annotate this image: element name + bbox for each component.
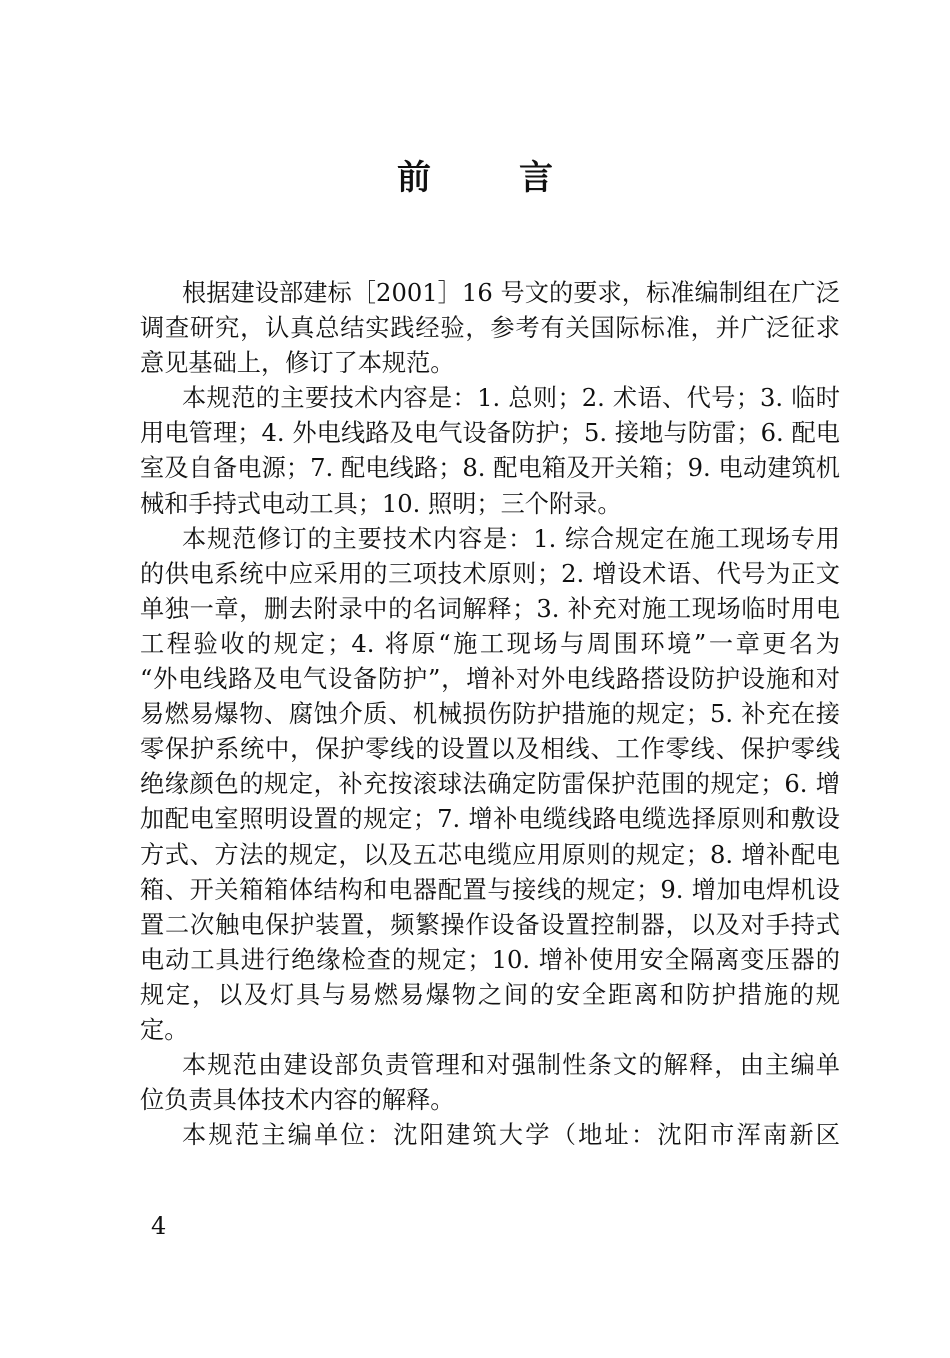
text-line: 械和手持式电动工具；10. 照明；三个附录。	[140, 487, 840, 522]
paragraph-chief-editor: 本规范主编单位：沈阳建筑大学（地址：沈阳市浑南新区	[140, 1118, 840, 1153]
text-line: 室及自备电源；7. 配电线路；8. 配电箱及开关箱；9. 电动建筑机	[140, 451, 840, 486]
text-line: 本规范的主要技术内容是：1. 总则；2. 术语、代号；3. 临时	[140, 381, 840, 416]
page-title: 前言	[0, 150, 950, 199]
text-line: 本规范由建设部负责管理和对强制性条文的解释，由主编单	[140, 1048, 840, 1083]
title-char-2: 言	[519, 150, 553, 199]
text-line: 根据建设部建标［2001］16 号文的要求，标准编制组在广泛	[140, 276, 840, 311]
paragraph-revision-content: 本规范修订的主要技术内容是：1. 综合规定在施工现场专用 的供电系统中应采用的三…	[140, 522, 840, 1048]
body-text: 根据建设部建标［2001］16 号文的要求，标准编制组在广泛 调查研究，认真总结…	[140, 276, 840, 1153]
text-line: 工程验收的规定；4. 将原“施工现场与周围环境”一章更名为	[140, 627, 840, 662]
text-line: 位负责具体技术内容的解释。	[140, 1083, 840, 1118]
text-line: 箱、开关箱箱体结构和电器配置与接线的规定；9. 增加电焊机设	[140, 873, 840, 908]
text-line: 绝缘颜色的规定，补充按滚球法确定防雷保护范围的规定；6. 增	[140, 767, 840, 802]
paragraph-main-content: 本规范的主要技术内容是：1. 总则；2. 术语、代号；3. 临时 用电管理；4.…	[140, 381, 840, 521]
text-line: “外电线路及电气设备防护”，增补对外电线路搭设防护设施和对	[140, 662, 840, 697]
text-line: 加配电室照明设置的规定；7. 增补电缆线路电缆选择原则和敷设	[140, 802, 840, 837]
text-line: 方式、方法的规定，以及五芯电缆应用原则的规定；8. 增补配电	[140, 838, 840, 873]
text-line: 易燃易爆物、腐蚀介质、机械损伤防护措施的规定；5. 补充在接	[140, 697, 840, 732]
text-line: 单独一章，删去附录中的名词解释；3. 补充对施工现场临时用电	[140, 592, 840, 627]
text-line: 的供电系统中应采用的三项技术原则；2. 增设术语、代号为正文	[140, 557, 840, 592]
document-page: 前言 根据建设部建标［2001］16 号文的要求，标准编制组在广泛 调查研究，认…	[0, 0, 950, 1358]
text-line: 用电管理；4. 外电线路及电气设备防护；5. 接地与防雷；6. 配电	[140, 416, 840, 451]
text-line: 意见基础上，修订了本规范。	[140, 346, 840, 381]
text-line: 本规范主编单位：沈阳建筑大学（地址：沈阳市浑南新区	[140, 1118, 840, 1153]
text-line: 规定，以及灯具与易燃易爆物之间的安全距离和防护措施的规	[140, 978, 840, 1013]
page-number: 4	[151, 1212, 166, 1240]
text-line: 调查研究，认真总结实践经验，参考有关国际标准，并广泛征求	[140, 311, 840, 346]
title-char-1: 前	[397, 150, 431, 199]
paragraph-management: 本规范由建设部负责管理和对强制性条文的解释，由主编单 位负责具体技术内容的解释。	[140, 1048, 840, 1118]
paragraph-basis: 根据建设部建标［2001］16 号文的要求，标准编制组在广泛 调查研究，认真总结…	[140, 276, 840, 381]
text-line: 零保护系统中，保护零线的设置以及相线、工作零线、保护零线	[140, 732, 840, 767]
text-line: 置二次触电保护装置，频繁操作设备设置控制器，以及对手持式	[140, 908, 840, 943]
text-line: 定。	[140, 1013, 840, 1048]
text-line: 电动工具进行绝缘检查的规定；10. 增补使用安全隔离变压器的	[140, 943, 840, 978]
text-line: 本规范修订的主要技术内容是：1. 综合规定在施工现场专用	[140, 522, 840, 557]
